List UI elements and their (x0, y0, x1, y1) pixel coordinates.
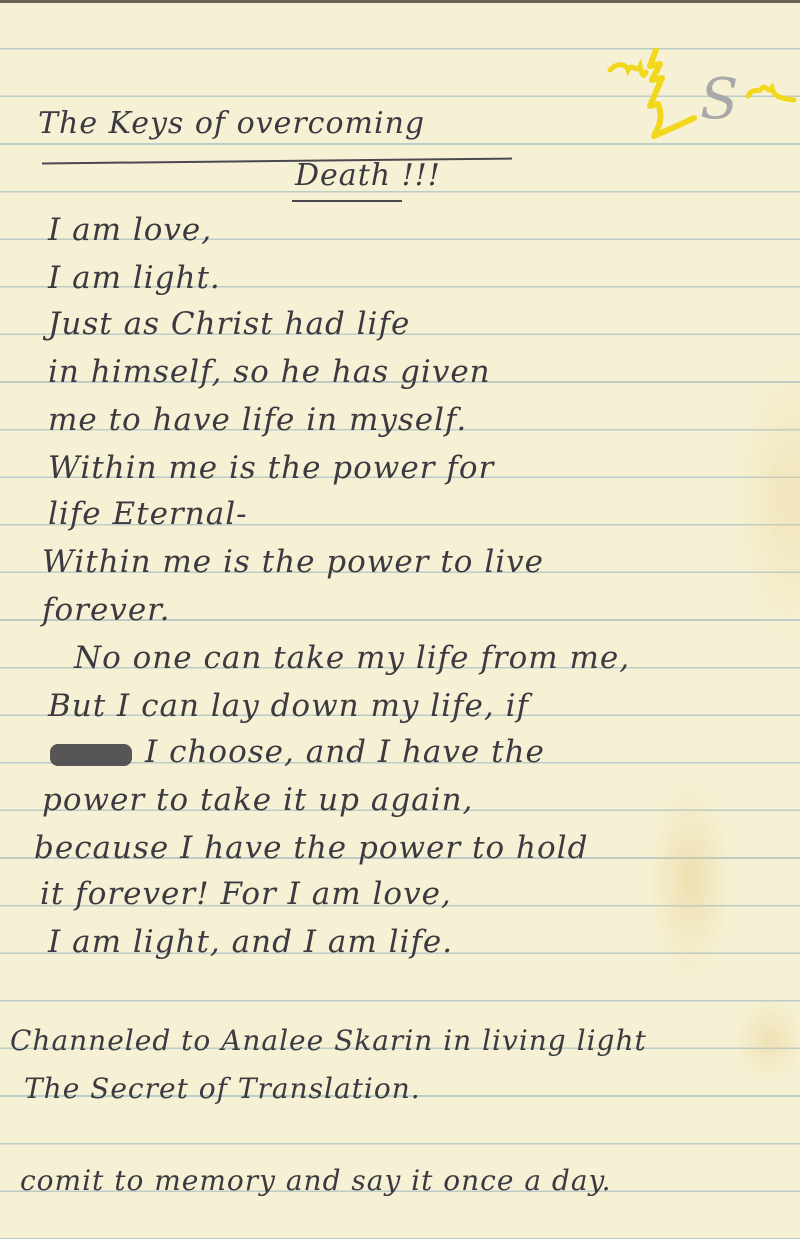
subtitle-underline (292, 200, 402, 202)
body-line: I am light, and I am life. (48, 924, 453, 960)
yellow-highlighter-doodle-icon: S (598, 48, 798, 148)
body-line: because I have the power to hold (34, 830, 588, 866)
page-top-edge (0, 0, 800, 3)
body-line: But I can lay down my life, if (48, 688, 529, 724)
body-line: I choose, and I have the (145, 734, 545, 770)
body-line: Within me is the power to live (42, 544, 544, 580)
lined-paper-page: S The Keys of overcoming Death !!! I am … (0, 0, 800, 1239)
body-line: it forever! For I am love, (40, 876, 452, 912)
footer-line: The Secret of Translation. (24, 1072, 421, 1105)
title-underline (42, 158, 512, 165)
footer-line: comit to memory and say it once a day. (20, 1164, 612, 1197)
document-subtitle: Death !!! (295, 158, 441, 193)
body-line: I am light. (48, 260, 221, 296)
body-line: I am love, (48, 212, 212, 248)
body-line: in himself, so he has given (48, 354, 491, 390)
body-line: No one can take my life from me, (74, 640, 630, 676)
body-line: Just as Christ had life (48, 306, 410, 342)
body-line: me to have life in myself. (48, 402, 467, 438)
body-line: life Eternal- (48, 496, 248, 532)
body-line: forever. (42, 592, 170, 628)
body-line: Within me is the power for (48, 450, 494, 486)
footer-line: Channeled to Analee Skarin in living lig… (10, 1024, 647, 1057)
document-title: The Keys of overcoming (38, 106, 425, 141)
body-line: power to take it up again, (42, 782, 473, 818)
scribbled-out-word (50, 744, 132, 766)
corner-mark: S (700, 67, 738, 132)
